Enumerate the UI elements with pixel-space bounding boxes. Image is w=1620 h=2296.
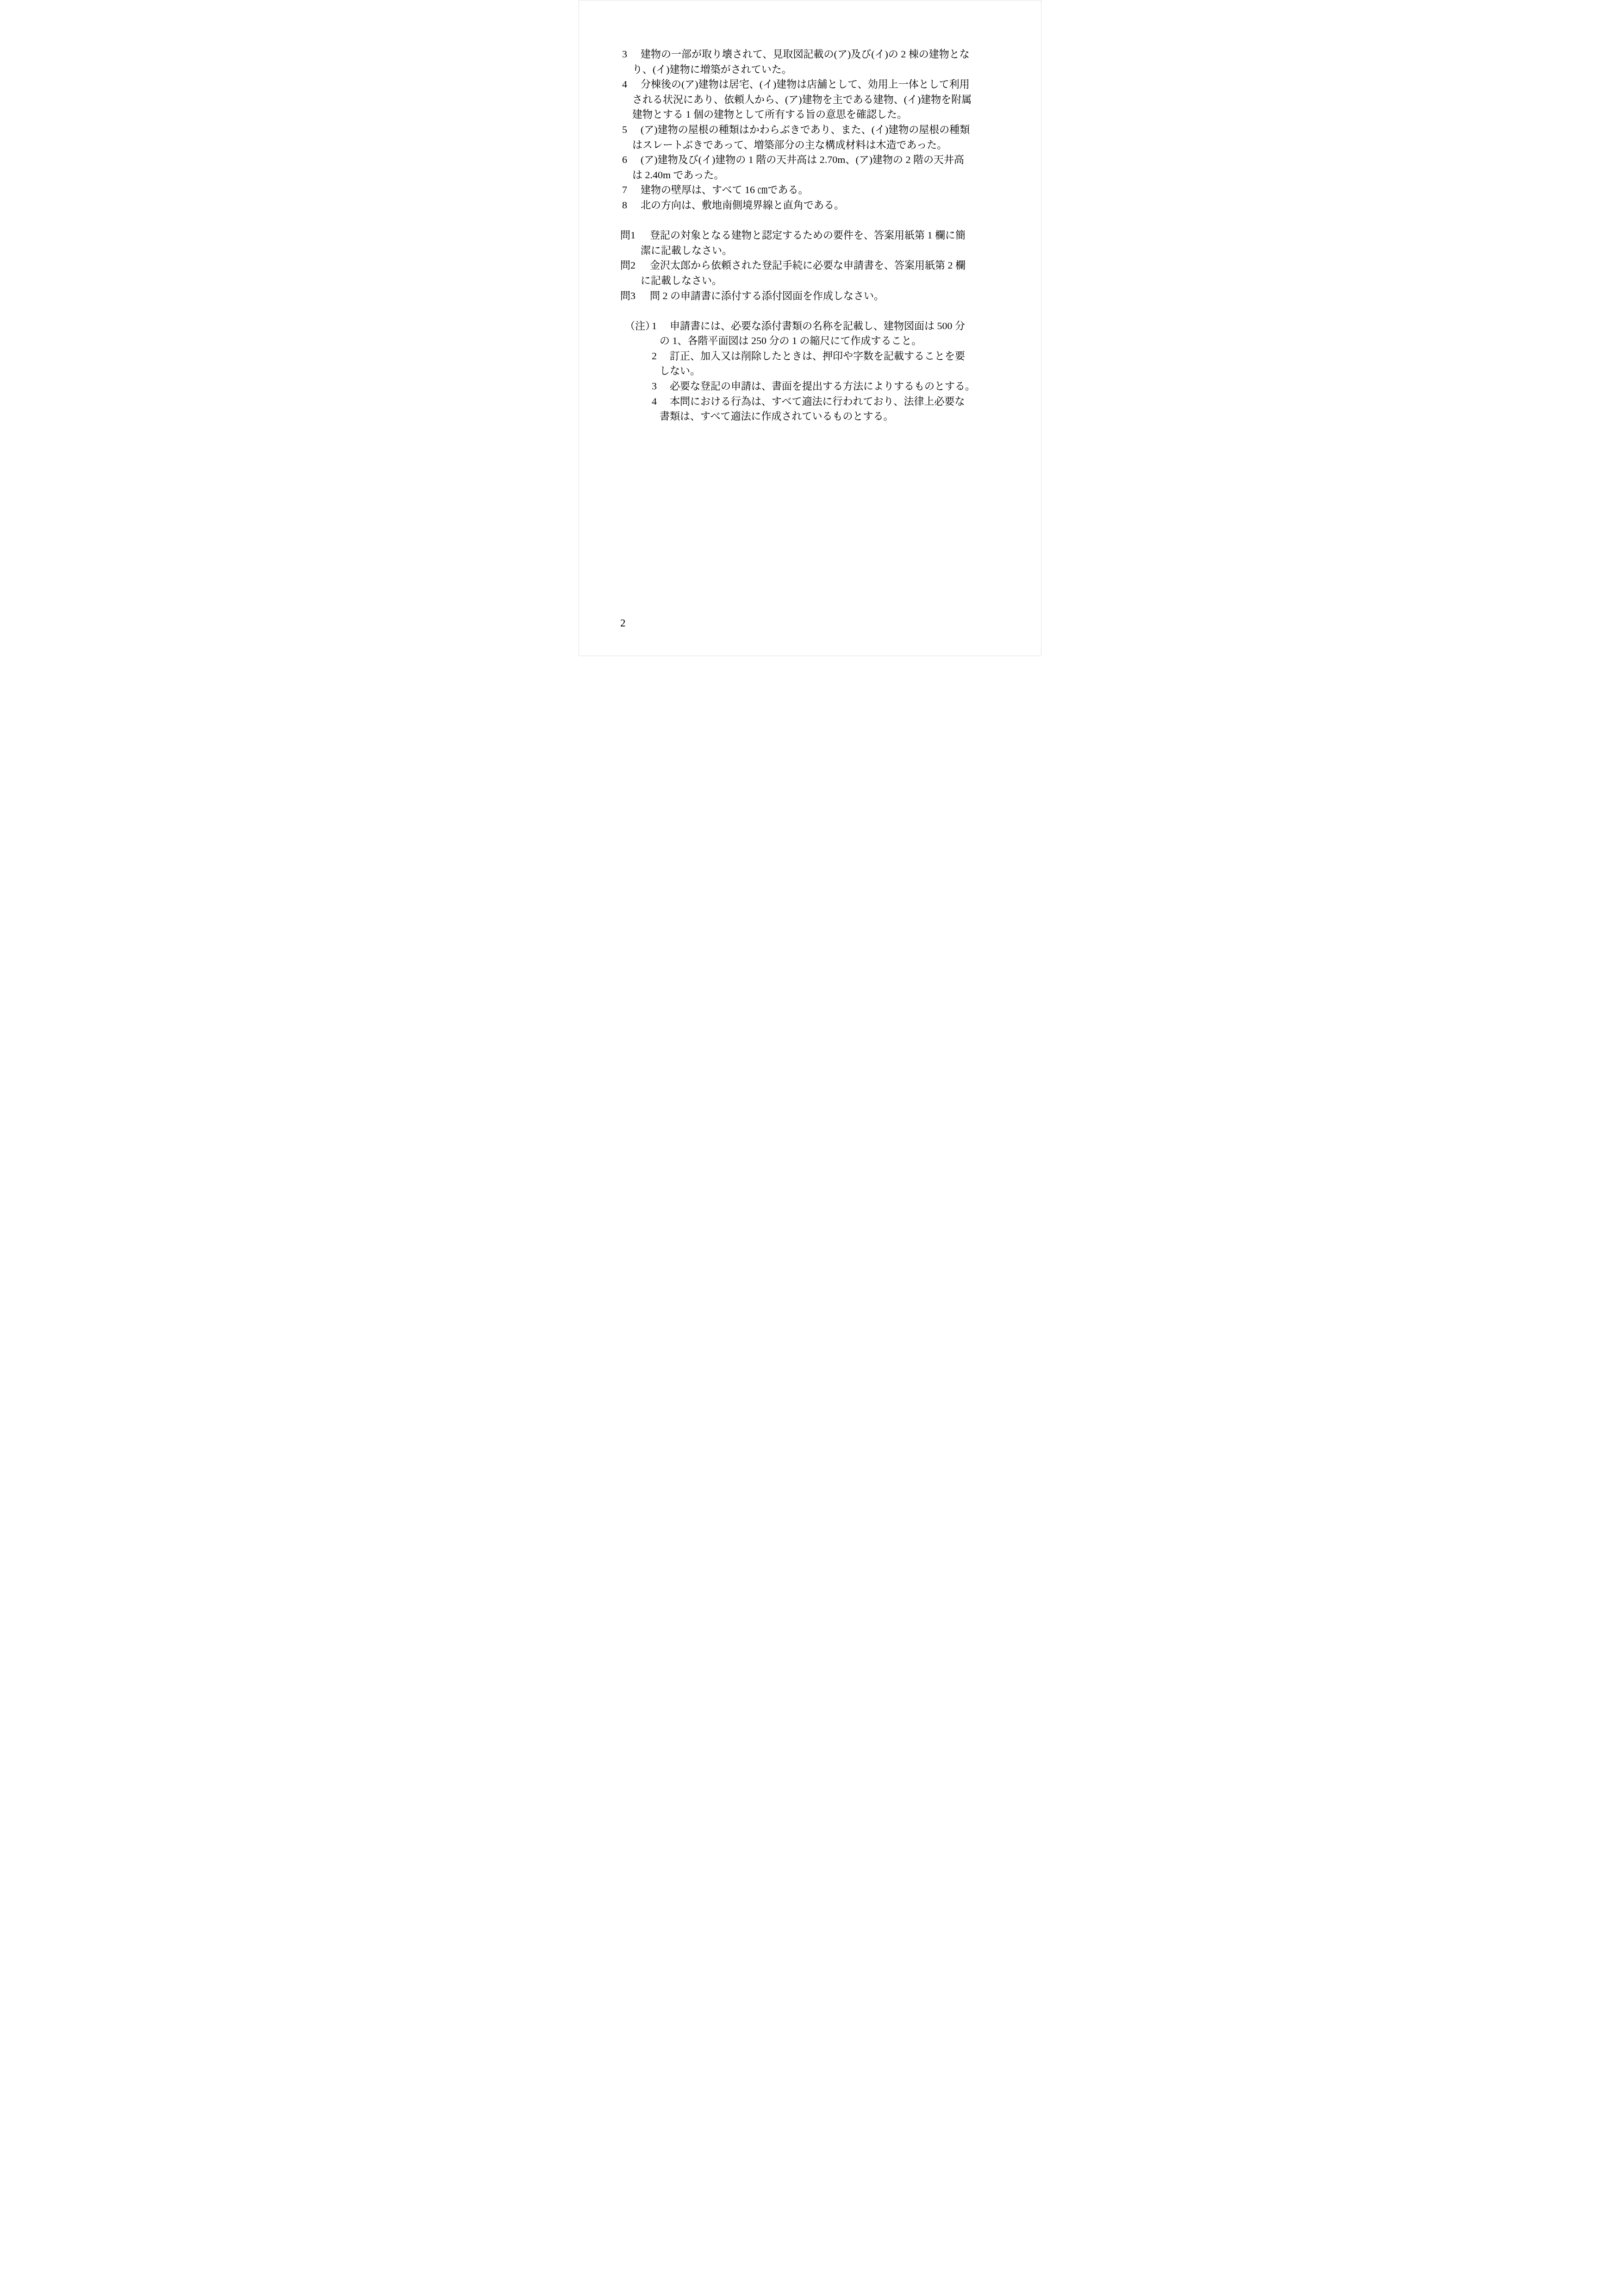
note-1-line-2: の 1、各階平面図は 250 分の 1 の縮尺にて作成すること。	[579, 333, 1041, 349]
item-3-text-1: 建物の一部が取り壊されて、見取図記載の(ア)及び(イ)の 2 棟の建物とな	[641, 48, 970, 60]
item-3-text-2: り、(イ)建物に増築がされていた。	[632, 63, 792, 75]
item-6-line-1: 6(ア)建物及び(イ)建物の 1 階の天井高は 2.70m、(ア)建物の 2 階…	[579, 152, 1041, 168]
note-4-number: 4	[652, 394, 670, 409]
question-1-line-2: 潔に記載しなさい。	[579, 243, 1041, 258]
item-7-line-1: 7建物の壁厚は、すべて 16 ㎝である。	[579, 182, 1041, 198]
item-3-line-2: り、(イ)建物に増築がされていた。	[579, 62, 1041, 77]
page-number: 2	[620, 617, 626, 629]
note-3-text-1: 必要な登記の申請は、書面を提出する方法によりするものとする。	[670, 380, 975, 392]
question-2-label: 問2	[620, 258, 650, 273]
question-3-text-1: 問 2 の申請書に添付する添付図面を作成しなさい。	[650, 290, 884, 301]
item-7-number: 7	[622, 182, 641, 198]
note-1-line-1: （注）1申請書には、必要な添付書類の名称を記載し、建物図面は 500 分	[579, 319, 1041, 334]
item-8-text-1: 北の方向は、敷地南側境界線と直角である。	[641, 199, 844, 211]
question-2-line-2: に記載しなさい。	[579, 273, 1041, 288]
question-2-text-2: に記載しなさい。	[641, 275, 722, 286]
item-5-text-1: (ア)建物の屋根の種類はかわらぶきであり、また、(イ)建物の屋根の種類	[641, 124, 970, 135]
note-1-text-1: 申請書には、必要な添付書類の名称を記載し、建物図面は 500 分	[670, 320, 965, 332]
note-4-text-1: 本問における行為は、すべて適法に行われており、法律上必要な	[670, 395, 965, 407]
item-4-text-1: 分棟後の(ア)建物は居宅、(イ)建物は店舗として、効用上一体として利用	[641, 78, 970, 90]
item-5-text-2: はスレートぶきであって、増築部分の主な構成材料は木造であった。	[632, 139, 947, 150]
note-4-line-1: 4本問における行為は、すべて適法に行われており、法律上必要な	[579, 394, 1041, 409]
item-4-number: 4	[622, 77, 641, 92]
note-3-number: 3	[652, 379, 670, 394]
question-1-text-2: 潔に記載しなさい。	[641, 244, 732, 256]
document-page: 3建物の一部が取り壊されて、見取図記載の(ア)及び(イ)の 2 棟の建物とな り…	[579, 0, 1041, 656]
question-2-line-1: 問2金沢太郎から依頼された登記手続に必要な申請書を、答案用紙第 2 欄	[579, 258, 1041, 273]
note-4-text-2: 書類は、すべて適法に作成されているものとする。	[660, 410, 894, 422]
item-8-number: 8	[622, 198, 641, 213]
question-1-text-1: 登記の対象となる建物と認定するための要件を、答案用紙第 1 欄に簡	[650, 229, 966, 241]
item-5-line-2: はスレートぶきであって、増築部分の主な構成材料は木造であった。	[579, 138, 1041, 153]
question-3-label: 問3	[620, 288, 650, 304]
item-5-number: 5	[622, 122, 641, 138]
note-2-text-2: しない。	[660, 365, 700, 376]
note-1-text-2: の 1、各階平面図は 250 分の 1 の縮尺にて作成すること。	[660, 335, 922, 346]
item-4-line-1: 4分棟後の(ア)建物は居宅、(イ)建物は店舗として、効用上一体として利用	[579, 77, 1041, 92]
question-2-text-1: 金沢太郎から依頼された登記手続に必要な申請書を、答案用紙第 2 欄	[650, 259, 966, 271]
item-6-text-2: は 2.40m であった。	[632, 169, 724, 181]
item-6-line-2: は 2.40m であった。	[579, 168, 1041, 183]
item-4-text-2: される状況にあり、依頼人から、(ア)建物を主である建物、(イ)建物を附属	[632, 94, 972, 105]
note-2-line-2: しない。	[579, 363, 1041, 379]
question-1-label: 問1	[620, 228, 650, 243]
notes-label: （注）	[625, 319, 652, 334]
question-3-line-1: 問3問 2 の申請書に添付する添付図面を作成しなさい。	[579, 288, 1041, 304]
item-3-number: 3	[622, 47, 641, 62]
item-6-text-1: (ア)建物及び(イ)建物の 1 階の天井高は 2.70m、(ア)建物の 2 階の…	[641, 154, 964, 165]
item-8-line-1: 8北の方向は、敷地南側境界線と直角である。	[579, 198, 1041, 213]
note-4-line-2: 書類は、すべて適法に作成されているものとする。	[579, 409, 1041, 424]
note-2-number: 2	[652, 349, 670, 364]
item-5-line-1: 5(ア)建物の屋根の種類はかわらぶきであり、また、(イ)建物の屋根の種類	[579, 122, 1041, 138]
item-4-text-3: 建物とする 1 個の建物として所有する旨の意思を確認した。	[632, 108, 907, 120]
note-2-text-1: 訂正、加入又は削除したときは、押印や字数を記載することを要	[670, 350, 965, 362]
question-1-line-1: 問1登記の対象となる建物と認定するための要件を、答案用紙第 1 欄に簡	[579, 228, 1041, 243]
note-1-number: 1	[652, 319, 670, 334]
note-2-line-1: 2訂正、加入又は削除したときは、押印や字数を記載することを要	[579, 349, 1041, 364]
note-3-line-1: 3必要な登記の申請は、書面を提出する方法によりするものとする。	[579, 379, 1041, 394]
item-4-line-2: される状況にあり、依頼人から、(ア)建物を主である建物、(イ)建物を附属	[579, 92, 1041, 107]
item-6-number: 6	[622, 152, 641, 168]
item-7-text-1: 建物の壁厚は、すべて 16 ㎝である。	[641, 184, 809, 195]
item-3-line-1: 3建物の一部が取り壊されて、見取図記載の(ア)及び(イ)の 2 棟の建物とな	[579, 47, 1041, 62]
item-4-line-3: 建物とする 1 個の建物として所有する旨の意思を確認した。	[579, 107, 1041, 122]
